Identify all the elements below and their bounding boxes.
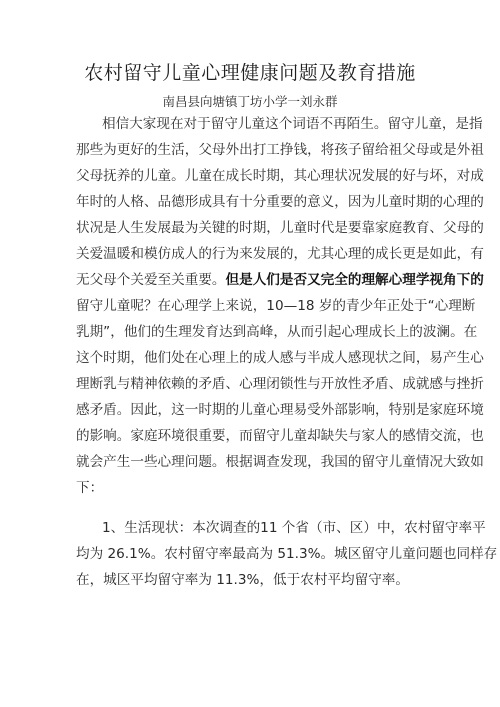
text-line: 状况是人生发展最为关键的时期，儿童时代是要靠家庭教育、父母的 [76, 215, 426, 241]
text-line: 1、生活现状：本次调查的11 个省（市、区）中，农村留守率平 [76, 515, 426, 541]
text-line: 父母抚养的儿童。儿童在成长时期，其心理状况发展的好与坏，对成 [76, 163, 426, 189]
text-segment: 无父母个关爱至关重要。 [76, 272, 226, 288]
document-author: 南昌县向塘镇丁坊小学一刘永群 [0, 92, 500, 110]
text-line: 感矛盾。因此，这一时期的儿童心理易受外部影响，特别是家庭环境 [76, 397, 426, 423]
paragraph-living-status: 1、生活现状：本次调查的11 个省（市、区）中，农村留守率平 均为 26.1%。… [76, 515, 426, 593]
text-line: 关爱温暖和模仿成人的行为来发展的，尤其心理的成长更是如此，有 [76, 241, 426, 267]
text-line: 理断乳与精神依赖的矛盾、心理闭锁性与开放性矛盾、成就感与挫折 [76, 371, 426, 397]
text-line: 的影响。家庭环境很重要，而留守儿童却缺失与家人的感情交流，也 [76, 423, 426, 449]
document-page: 农村留守儿童心理健康问题及教育措施 南昌县向塘镇丁坊小学一刘永群 相信大家现在对… [0, 0, 500, 707]
text-line: 下： [76, 475, 426, 501]
text-line: 无父母个关爱至关重要。但是人们是否又完全的理解心理学视角下的 [76, 267, 426, 293]
text-line: 乳期”，他们的生理发育达到高峰，从而引起心理成长上的波澜。在 [76, 319, 426, 345]
text-line: 在，城区平均留守率为 11.3%，低于农村平均留守率。 [76, 567, 426, 593]
document-title: 农村留守儿童心理健康问题及教育措施 [0, 58, 500, 85]
text-line: 那些为更好的生活，父母外出打工挣钱，将孩子留给祖父母或是外祖 [76, 137, 426, 163]
paragraph-intro: 相信大家现在对于留守儿童这个词语不再陌生。留守儿童，是指 那些为更好的生活，父母… [76, 111, 426, 501]
text-line: 这个时期，他们处在心理上的成人感与半成人感现状之间，易产生心 [76, 345, 426, 371]
text-line: 相信大家现在对于留守儿童这个词语不再陌生。留守儿童，是指 [76, 111, 426, 137]
text-line: 均为 26.1%。农村留守率最高为 51.3%。城区留守儿童问题也同样存 [76, 541, 426, 567]
text-line: 留守儿童呢？在心理学上来说，10—18 岁的青少年正处于“心理断 [76, 293, 426, 319]
bold-text-segment: 但是人们是否又完全的理解心理学视角下的 [226, 272, 484, 288]
text-line: 年时的人格、品德形成具有十分重要的意义，因为儿童时期的心理的 [76, 189, 426, 215]
text-line: 就会产生一些心理问题。根据调查发现，我国的留守儿童情况大致如 [76, 449, 426, 475]
